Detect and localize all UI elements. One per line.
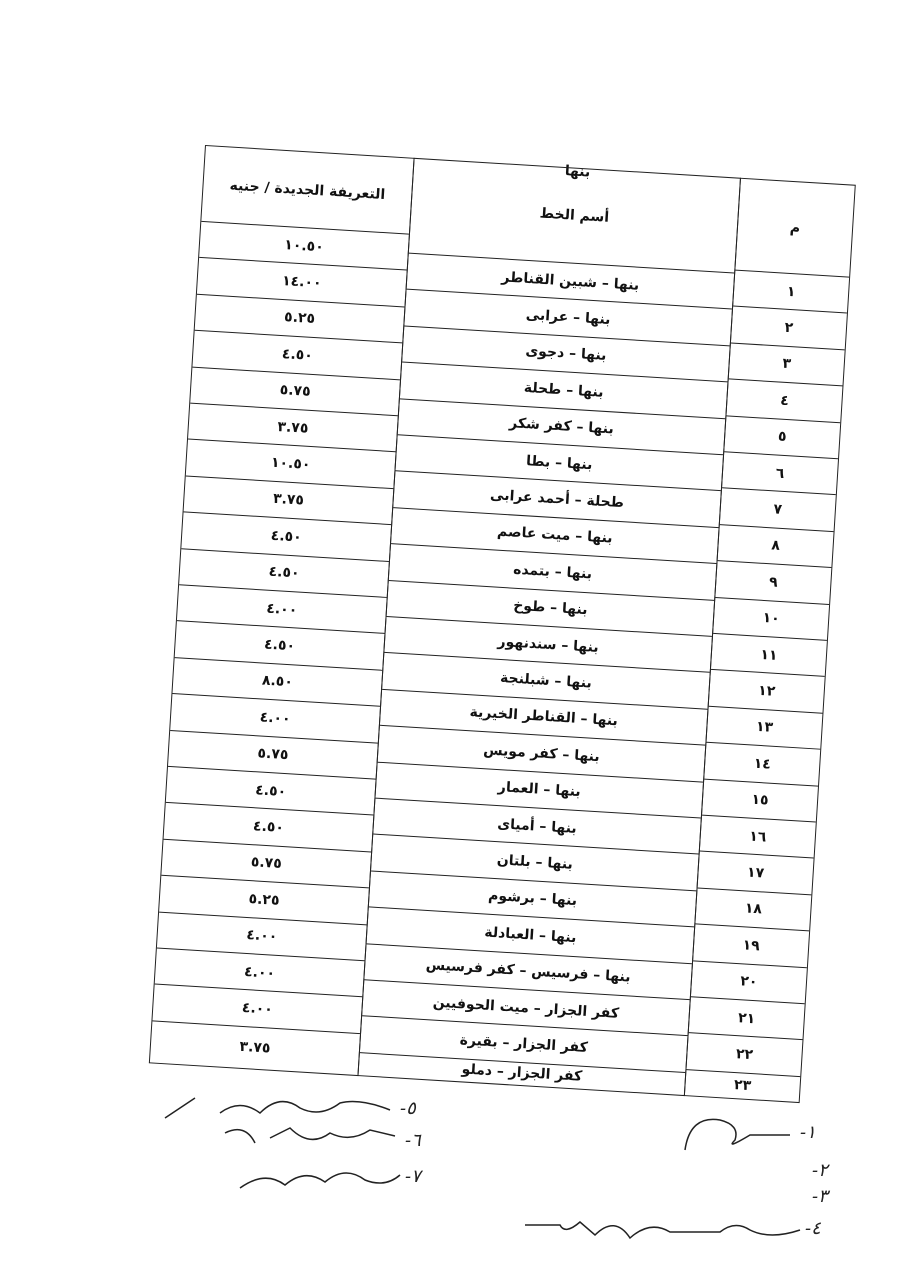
signature-number-2: ٢- (812, 1160, 828, 1181)
line-name-column: أسم الخطبنها – شبين القناطربنها – عرابىب… (357, 158, 741, 1096)
index-header: م (735, 179, 854, 278)
signature-number-7: ٧- (405, 1166, 421, 1187)
signature-number-6: ٦- (405, 1130, 421, 1151)
signature-scribble-6 (220, 1118, 400, 1158)
fare-header: التعريفة الجديدة / جنيه (201, 146, 413, 235)
signature-number-1: ١- (800, 1122, 816, 1143)
signature-scribble-1 (680, 1110, 800, 1160)
signature-scribble-4 (520, 1210, 810, 1250)
signature-number-3: ٣- (812, 1186, 828, 1207)
signature-number-5: ٥- (400, 1098, 416, 1119)
signature-scribble-7 (235, 1160, 405, 1196)
fare-table: بنها التعريفة الجديدة / جنيه١٠.٥٠١٤.٠٠٥.… (149, 145, 856, 1103)
